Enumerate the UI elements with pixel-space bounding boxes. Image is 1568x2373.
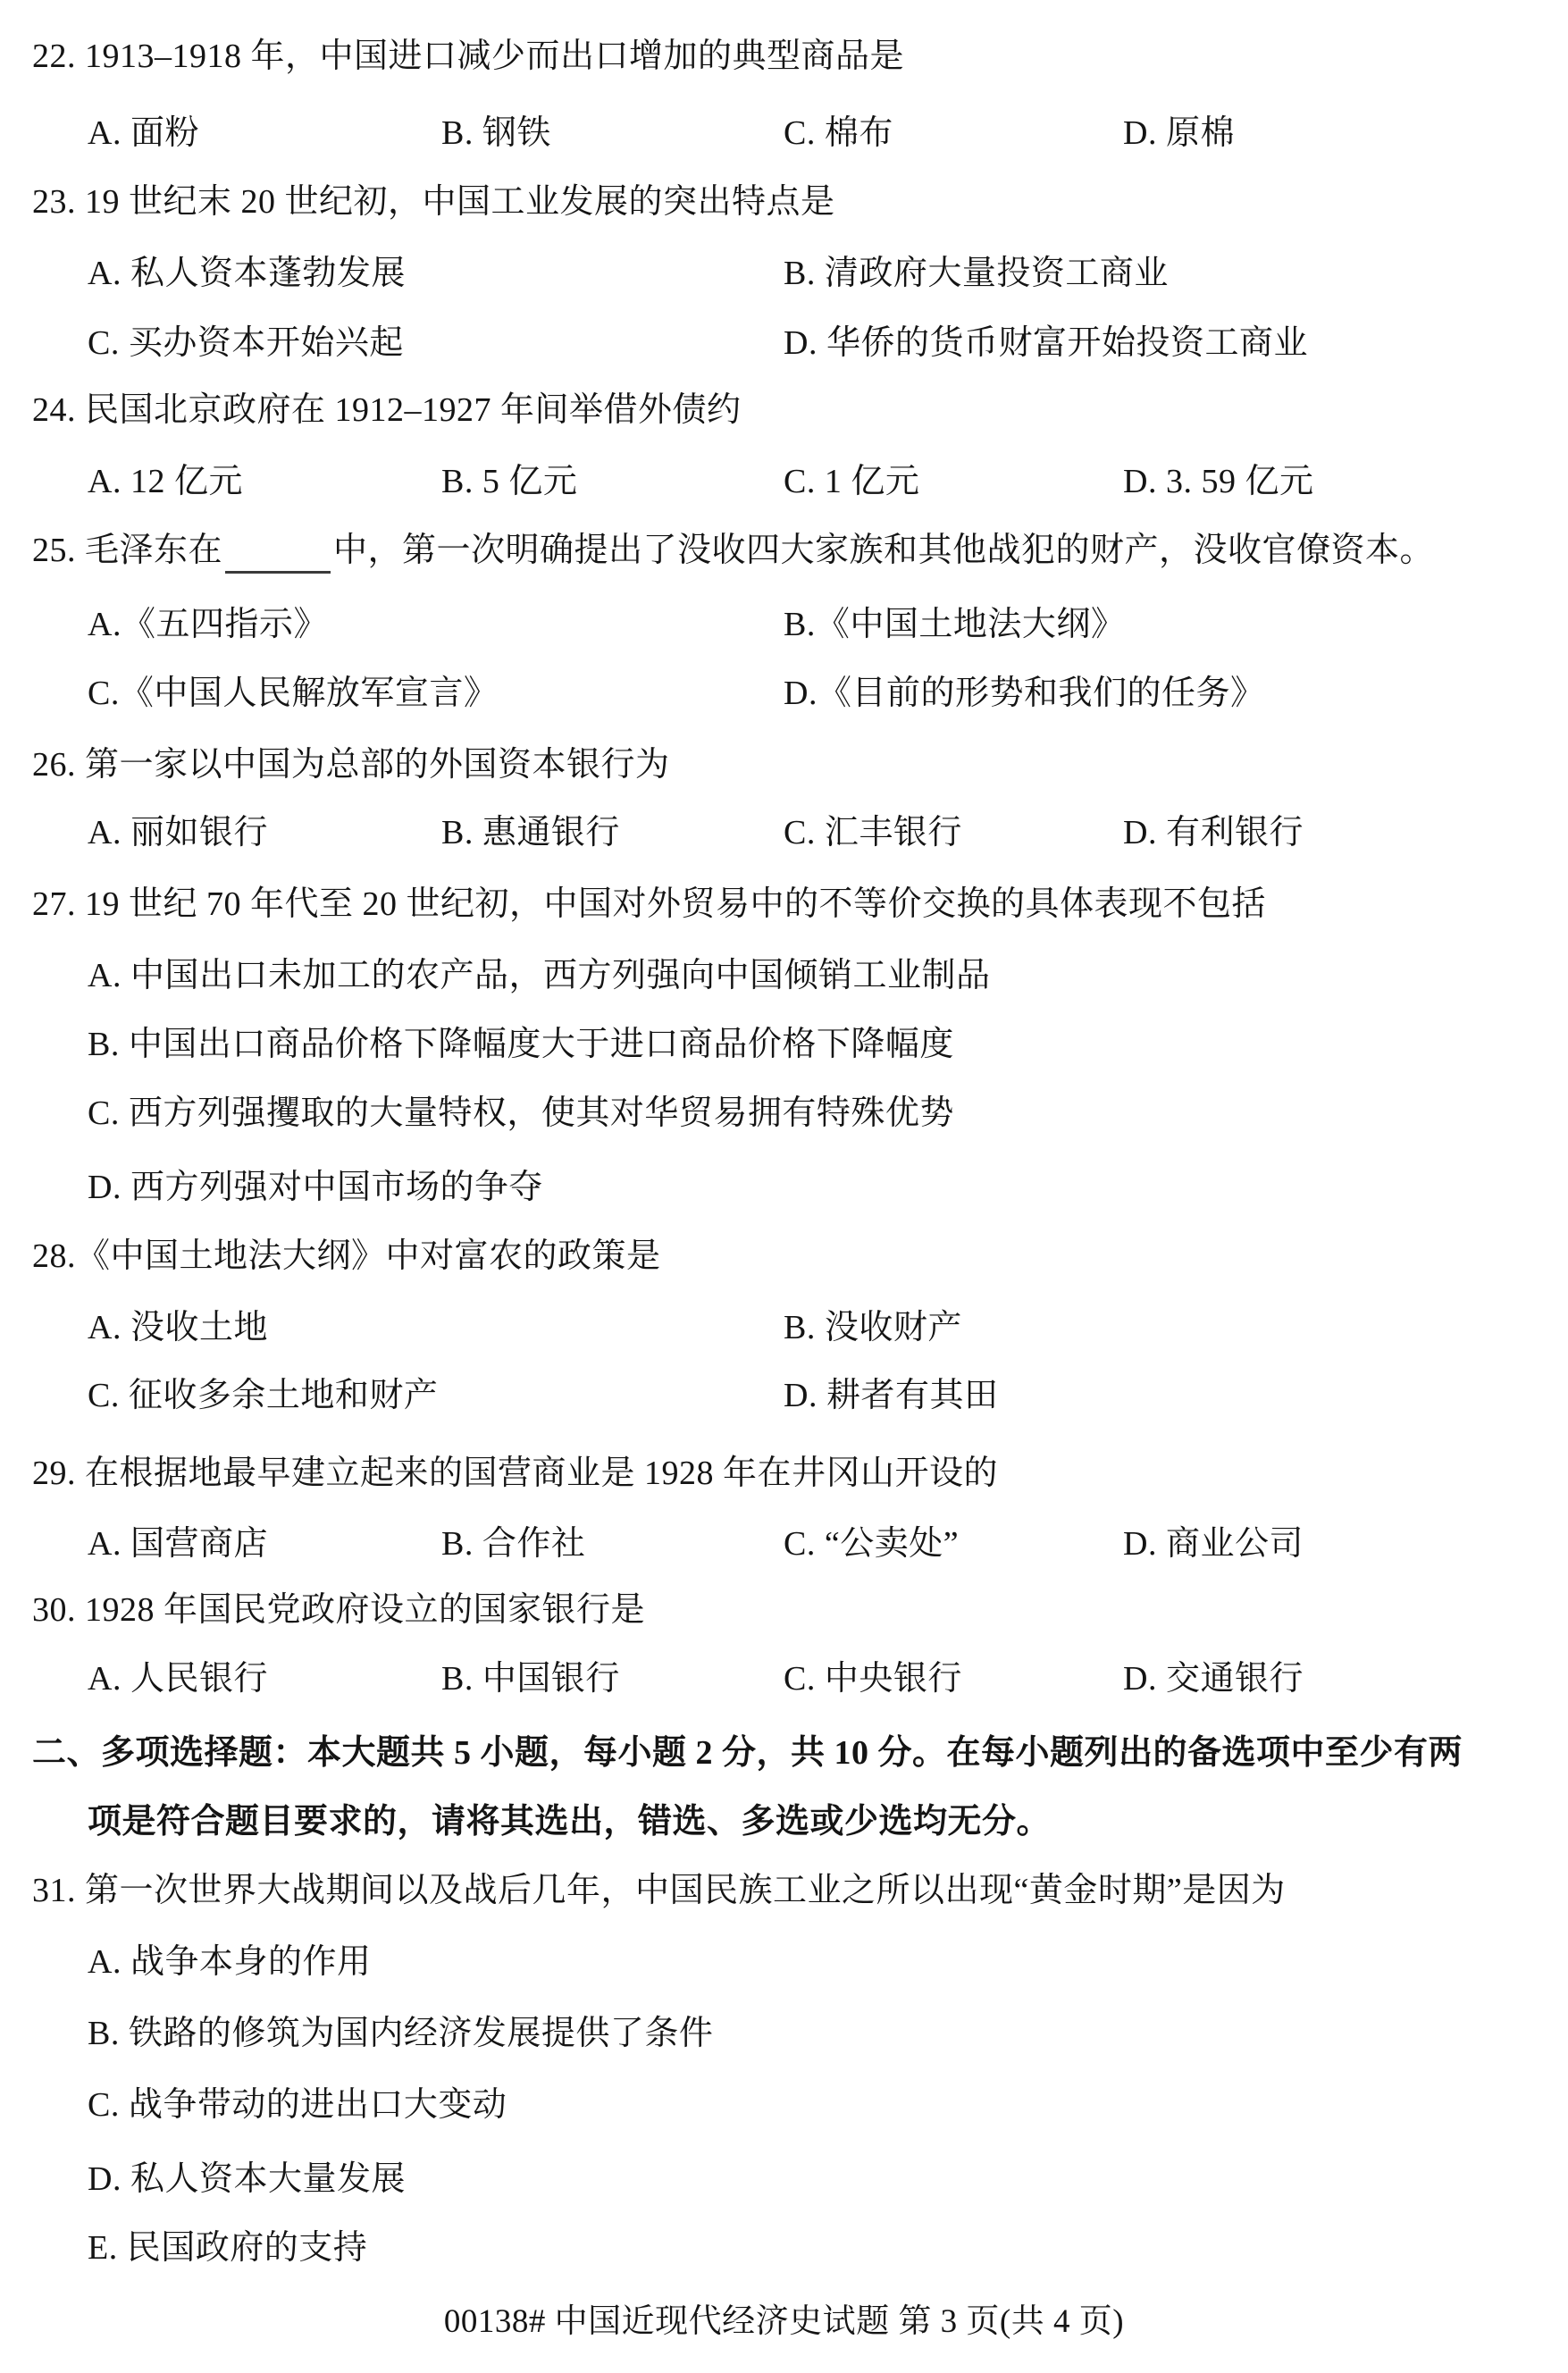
question-27-option-d: D. 西方列强对中国市场的争夺 bbox=[88, 1167, 543, 1208]
question-25-stem-after: 中，第一次明确提出了没收四大家族和其他战犯的财产，没收官僚资本。 bbox=[333, 532, 1434, 569]
question-31-option-e: E. 民国政府的支持 bbox=[88, 2227, 367, 2268]
question-23-option-b: B. 清政府大量投资工商业 bbox=[784, 253, 1169, 294]
question-26-option-b: B. 惠通银行 bbox=[441, 812, 620, 853]
question-31-option-c: C. 战争带动的进出口大变动 bbox=[88, 2084, 507, 2126]
question-27-option-a: A. 中国出口未加工的农产品，西方列强向中国倾销工业制品 bbox=[88, 955, 990, 996]
question-30-option-b: B. 中国银行 bbox=[441, 1658, 620, 1699]
question-31-option-d: D. 私人资本大量发展 bbox=[88, 2159, 406, 2200]
question-26-option-c: C. 汇丰银行 bbox=[784, 812, 962, 853]
question-23-option-c: C. 买办资本开始兴起 bbox=[88, 323, 404, 364]
question-25-option-a: A.《五四指示》 bbox=[88, 604, 328, 645]
question-28-option-c: C. 征收多余土地和财产 bbox=[88, 1375, 438, 1416]
question-29-option-a: A. 国营商店 bbox=[88, 1523, 268, 1564]
question-30-option-c: C. 中央银行 bbox=[784, 1658, 962, 1699]
question-22-option-b: B. 钢铁 bbox=[441, 113, 551, 154]
question-22-option-d: D. 原棉 bbox=[1123, 113, 1235, 154]
question-27-option-c: C. 西方列强攫取的大量特权，使其对华贸易拥有特殊优势 bbox=[88, 1093, 954, 1134]
question-27-option-b: B. 中国出口商品价格下降幅度大于进口商品价格下降幅度 bbox=[88, 1024, 954, 1065]
question-22-option-c: C. 棉布 bbox=[784, 113, 893, 154]
question-29-option-c: C. “公卖处” bbox=[784, 1523, 959, 1564]
question-28-option-a: A. 没收土地 bbox=[88, 1307, 268, 1348]
question-31-option-b: B. 铁路的修筑为国内经济发展提供了条件 bbox=[88, 2013, 713, 2054]
question-25-stem-before: 25. 毛泽东在 bbox=[32, 532, 222, 569]
question-25-stem: 25. 毛泽东在中，第一次明确提出了没收四大家族和其他战犯的财产，没收官僚资本。 bbox=[32, 530, 1434, 574]
question-26-stem: 26. 第一家以中国为总部的外国资本银行为 bbox=[32, 744, 670, 785]
question-28-option-d: D. 耕者有其田 bbox=[784, 1375, 998, 1416]
exam-page: 22. 1913–1918 年，中国进口减少而出口增加的典型商品是 A. 面粉 … bbox=[0, 0, 1568, 2373]
section2-header-line2: 项是符合题目要求的，请将其选出，错选、多选或少选均无分。 bbox=[88, 1801, 1051, 1842]
question-25-option-b: B.《中国土地法大纲》 bbox=[784, 604, 1125, 645]
question-29-stem: 29. 在根据地最早建立起来的国营商业是 1928 年在井冈山开设的 bbox=[32, 1453, 998, 1494]
question-24-option-a: A. 12 亿元 bbox=[88, 461, 243, 502]
question-25-option-d: D.《目前的形势和我们的任务》 bbox=[784, 673, 1264, 714]
section2-header-line1: 二、多项选择题：本大题共 5 小题，每小题 2 分，共 10 分。在每小题列出的… bbox=[32, 1732, 1463, 1773]
question-30-stem: 30. 1928 年国民党政府设立的国家银行是 bbox=[32, 1589, 645, 1631]
question-26-option-a: A. 丽如银行 bbox=[88, 812, 268, 853]
question-30-option-a: A. 人民银行 bbox=[88, 1658, 268, 1699]
question-25-option-c: C.《中国人民解放军宣言》 bbox=[88, 673, 498, 714]
question-25-blank-underline bbox=[225, 571, 331, 574]
question-28-stem: 28.《中国土地法大纲》中对富农的政策是 bbox=[32, 1236, 661, 1277]
question-28-option-b: B. 没收财产 bbox=[784, 1307, 962, 1348]
question-24-option-d: D. 3. 59 亿元 bbox=[1123, 461, 1313, 502]
question-23-stem: 23. 19 世纪末 20 世纪初，中国工业发展的突出特点是 bbox=[32, 181, 835, 222]
question-29-option-d: D. 商业公司 bbox=[1123, 1523, 1304, 1564]
question-22-option-a: A. 面粉 bbox=[88, 113, 199, 154]
question-24-option-c: C. 1 亿元 bbox=[784, 461, 919, 502]
question-23-option-d: D. 华侨的货币财富开始投资工商业 bbox=[784, 323, 1308, 364]
question-24-stem: 24. 民国北京政府在 1912–1927 年间举借外债约 bbox=[32, 390, 742, 431]
question-27-stem: 27. 19 世纪 70 年代至 20 世纪初，中国对外贸易中的不等价交换的具体… bbox=[32, 884, 1266, 925]
page-footer: 00138# 中国近现代经济史试题 第 3 页(共 4 页) bbox=[0, 2302, 1568, 2343]
question-23-option-a: A. 私人资本蓬勃发展 bbox=[88, 253, 406, 294]
question-22-stem: 22. 1913–1918 年，中国进口减少而出口增加的典型商品是 bbox=[32, 36, 904, 77]
question-30-option-d: D. 交通银行 bbox=[1123, 1658, 1304, 1699]
question-31-stem: 31. 第一次世界大战期间以及战后几年，中国民族工业之所以出现“黄金时期”是因为 bbox=[32, 1870, 1286, 1911]
question-24-option-b: B. 5 亿元 bbox=[441, 461, 577, 502]
question-29-option-b: B. 合作社 bbox=[441, 1523, 585, 1564]
question-31-option-a: A. 战争本身的作用 bbox=[88, 1941, 371, 1983]
question-26-option-d: D. 有利银行 bbox=[1123, 812, 1304, 853]
